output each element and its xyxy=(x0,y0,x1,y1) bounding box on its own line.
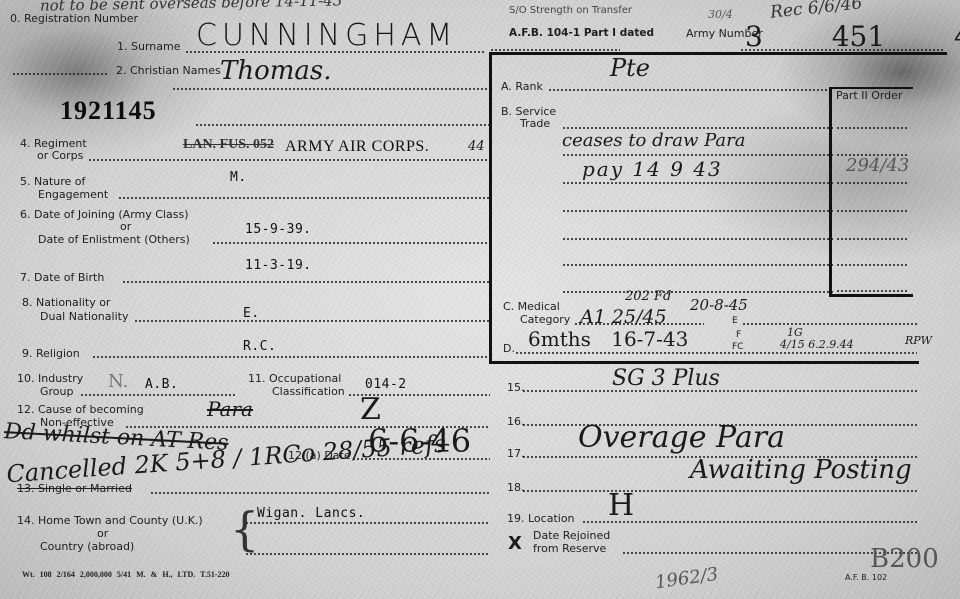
dotted-line xyxy=(742,323,917,325)
nationality-value: E. xyxy=(243,306,260,321)
birth-label: 7. Date of Birth xyxy=(20,272,104,284)
dotted-line xyxy=(490,49,620,51)
dotted-line xyxy=(836,290,908,292)
afb-label: A.F.B. 104-1 Part I dated xyxy=(509,27,654,39)
box-left-border xyxy=(489,52,492,364)
dotted-line xyxy=(836,238,908,240)
f19-value: H xyxy=(608,488,634,523)
home-or: or xyxy=(97,528,108,540)
dotted-line xyxy=(548,89,833,91)
dotted-line xyxy=(562,291,834,293)
industry-label-1: 10. Industry xyxy=(17,373,83,385)
medical-date: 20-8-45 xyxy=(690,296,748,314)
occupational-value: 014-2 xyxy=(365,377,407,392)
dotted-line xyxy=(122,281,490,283)
part-ii-bottom-border xyxy=(829,294,913,297)
d-f-label: F xyxy=(736,329,741,341)
service-record-card: not to be sent overseas before 14-11-43 … xyxy=(0,0,960,599)
dotted-line xyxy=(12,73,107,75)
dotted-line xyxy=(562,182,834,184)
nature-label-2: Engagement xyxy=(38,189,108,201)
dotted-line xyxy=(212,242,490,244)
joining-label-1: 6. Date of Joining (Army Class) xyxy=(20,209,189,221)
date-12a-value: 6-6-46 xyxy=(368,422,471,460)
trade-line-2: pay 14 9 43 xyxy=(582,157,723,181)
d-extra: 4/15 6.2.9.44 xyxy=(780,338,854,351)
medical-label-1: C. Medical xyxy=(503,301,560,313)
medical-label-2: Category xyxy=(520,314,570,326)
f18-label: 18. xyxy=(507,482,525,494)
dotted-line xyxy=(150,492,490,494)
dotted-line xyxy=(80,394,235,396)
cause-value: Para xyxy=(207,397,253,421)
dotted-line xyxy=(562,210,834,212)
reg-number-label: 0. Registration Number xyxy=(10,13,138,25)
reg-number-value: 1921145 xyxy=(60,96,157,126)
dotted-line xyxy=(836,182,908,184)
christian-names-label: 2. Christian Names xyxy=(116,65,221,77)
rejoined-label-2: from Reserve xyxy=(533,543,606,555)
regiment-label-2: or Corps xyxy=(37,150,83,162)
religion-label: 9. Religion xyxy=(22,348,80,360)
box-bottom-border xyxy=(489,361,919,364)
date-12a-label: 12 (a) Date xyxy=(288,450,351,462)
dotted-line xyxy=(515,352,917,354)
bottom-annotation: 1962/3 xyxy=(654,564,720,594)
dotted-line xyxy=(118,197,490,199)
dotted-line xyxy=(562,127,834,129)
dotted-line xyxy=(836,210,908,212)
nationality-label-2: Dual Nationality xyxy=(40,311,128,323)
rejoined-mark-icon: X xyxy=(508,533,522,554)
dotted-line xyxy=(562,264,834,266)
f17-value: Overage Para xyxy=(578,420,785,455)
industry-label-2: Group xyxy=(40,386,74,398)
christian-names-value: Thomas. xyxy=(220,56,332,86)
dotted-line xyxy=(92,356,490,358)
dotted-line xyxy=(88,159,490,161)
dotted-line xyxy=(195,124,490,126)
joining-label-2: Date of Enlistment (Others) xyxy=(38,234,190,246)
joining-date-value: 15-9-39. xyxy=(245,222,312,237)
religion-value: R.C. xyxy=(243,339,276,354)
medical-note: 202 Fd xyxy=(625,289,671,304)
medical-e-label: E xyxy=(732,315,738,327)
d-fc-label: FC xyxy=(732,341,743,353)
dotted-line xyxy=(134,320,490,322)
industry-value: A.B. xyxy=(145,377,178,392)
dotted-line xyxy=(245,553,490,555)
birth-date-value: 11-3-19. xyxy=(245,258,312,273)
part-ii-left-border xyxy=(829,87,832,297)
dotted-line xyxy=(562,154,834,156)
d-label: D. xyxy=(503,343,515,355)
joining-or: or xyxy=(120,221,131,233)
occupational-label-2: Classification xyxy=(272,386,345,398)
brace-icon: { xyxy=(230,506,259,552)
industry-prefix: N. xyxy=(108,371,128,392)
single-married-label: 13. Single or Married xyxy=(17,483,132,495)
f15-label: 15. xyxy=(507,382,525,394)
cause-label-1: 12. Cause of becoming xyxy=(17,404,144,416)
occupational-label-1: 11. Occupational xyxy=(248,373,341,385)
top-right-small-annotation: 30/4 xyxy=(708,8,733,21)
rank-label: A. Rank xyxy=(501,81,543,93)
box-top-border xyxy=(489,52,947,55)
d-value: 6mths 16-7-43 xyxy=(528,327,688,351)
printer-line: Wt. 108 2/164 2,000,000 5/41 M. & H., LT… xyxy=(22,570,230,579)
surname-label: 1. Surname xyxy=(117,41,180,53)
f19-label: 19. Location xyxy=(507,513,575,525)
trade-line-1: ceases to draw Para xyxy=(562,130,745,151)
regiment-value: ARMY AIR CORPS. xyxy=(285,138,429,156)
nature-value: M. xyxy=(230,170,247,185)
corner-annotation: B200 xyxy=(870,544,939,574)
army-number-value: 3 451 429 xyxy=(745,20,960,53)
part-ii-order-label: Part II Order xyxy=(836,90,902,102)
d-initials: RPW xyxy=(905,334,932,347)
part-ii-order-value: 294/43 xyxy=(846,155,909,176)
dotted-line xyxy=(245,522,490,524)
dotted-line xyxy=(522,490,917,492)
regiment-suffix: 44 xyxy=(468,139,485,154)
dotted-line xyxy=(562,238,834,240)
regiment-struck-value: LAN. FUS. 052 xyxy=(183,137,274,153)
f18-value: Awaiting Posting xyxy=(690,455,912,485)
surname-value: CUNNINGHAM xyxy=(196,18,457,53)
home-town-value: Wigan. Lancs. xyxy=(257,506,365,521)
transfer-label: S/O Strength on Transfer xyxy=(509,5,632,17)
f15-value: SG 3 Plus xyxy=(612,366,720,391)
dotted-line xyxy=(836,264,908,266)
rejoined-label-1: Date Rejoined xyxy=(533,530,610,542)
home-label-2: Country (abroad) xyxy=(40,541,134,553)
medical-category-value: A1 25/45 xyxy=(580,306,667,328)
dotted-line xyxy=(172,88,490,90)
rank-value: Pte xyxy=(610,54,650,82)
f17-label: 17. xyxy=(507,448,525,460)
nature-label-1: 5. Nature of xyxy=(20,176,85,188)
f16-label: 16. xyxy=(507,416,525,428)
dotted-line xyxy=(836,127,908,129)
nationality-label-1: 8. Nationality or xyxy=(22,297,110,309)
home-label-1: 14. Home Town and County (U.K.) xyxy=(17,515,203,527)
trade-label-2: Trade xyxy=(520,118,550,130)
